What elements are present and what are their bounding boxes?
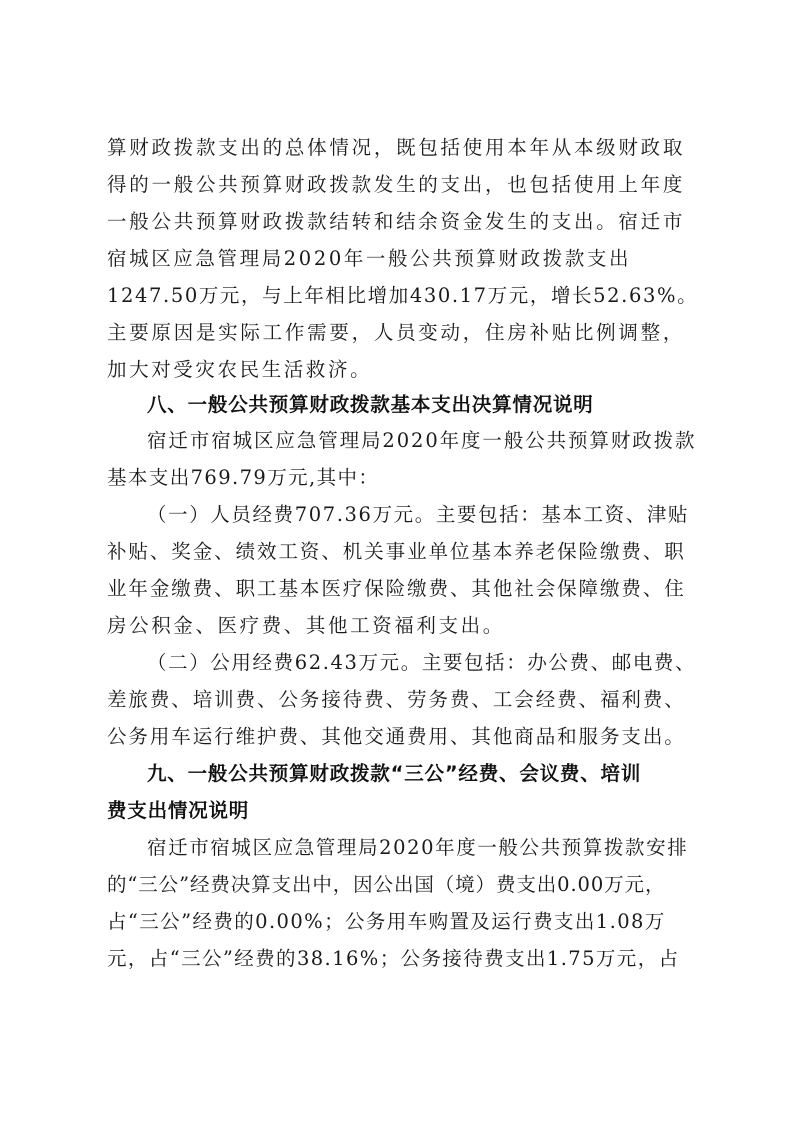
paragraph-line: （二）公用经费62.43万元。主要包括：办公费、邮电费、: [107, 644, 685, 681]
paragraph-line: 宿迁市宿城区应急管理局2020年度一般公共预算拨款安排: [107, 829, 685, 866]
paragraph-line: 得的一般公共预算财政拨款发生的支出，也包括使用上年度: [107, 166, 685, 203]
paragraph-line: 房公积金、医疗费、其他工资福利支出。: [107, 607, 685, 644]
paragraph-line: 元，占“三公”经费的38.16%；公务接待费支出1.75万元，占: [107, 940, 685, 977]
paragraph-line: 1247.50万元，与上年相比增加430.17万元，增长52.63%。: [107, 277, 685, 314]
paragraph-line: 补贴、奖金、绩效工资、机关事业单位基本养老保险缴费、职: [107, 533, 685, 570]
document-page: 算财政拨款支出的总体情况，既包括使用本年从本级财政取 得的一般公共预算财政拨款发…: [107, 129, 685, 977]
paragraph-line: 加大对受灾农民生活救济。: [107, 351, 685, 388]
paragraph-line: 公务用车运行维护费、其他交通费用、其他商品和服务支出。: [107, 718, 685, 755]
section-9-heading-cont: 费支出情况说明: [107, 792, 685, 829]
paragraph-line: 算财政拨款支出的总体情况，既包括使用本年从本级财政取: [107, 129, 685, 166]
paragraph-line: 一般公共预算财政拨款结转和结余资金发生的支出。宿迁市: [107, 203, 685, 240]
paragraph-line: （一）人员经费707.36万元。主要包括：基本工资、津贴: [107, 496, 685, 533]
paragraph-line: 的“三公”经费决算支出中，因公出国（境）费支出0.00万元，: [107, 866, 685, 903]
paragraph-line: 差旅费、培训费、公务接待费、劳务费、工会经费、福利费、: [107, 681, 685, 718]
paragraph-line: 基本支出769.79万元,其中：: [107, 459, 685, 496]
paragraph-line: 宿城区应急管理局2020年一般公共预算财政拨款支出: [107, 240, 685, 277]
paragraph-line: 占“三公”经费的0.00%；公务用车购置及运行费支出1.08万: [107, 903, 685, 940]
paragraph-line: 主要原因是实际工作需要，人员变动，住房补贴比例调整，: [107, 314, 685, 351]
section-9-heading: 九、一般公共预算财政拨款“三公”经费、会议费、培训: [107, 755, 685, 792]
paragraph-line: 宿迁市宿城区应急管理局2020年度一般公共预算财政拨款: [107, 422, 685, 459]
paragraph-line: 业年金缴费、职工基本医疗保险缴费、其他社会保障缴费、住: [107, 570, 685, 607]
section-8-heading: 八、一般公共预算财政拨款基本支出决算情况说明: [107, 388, 685, 422]
